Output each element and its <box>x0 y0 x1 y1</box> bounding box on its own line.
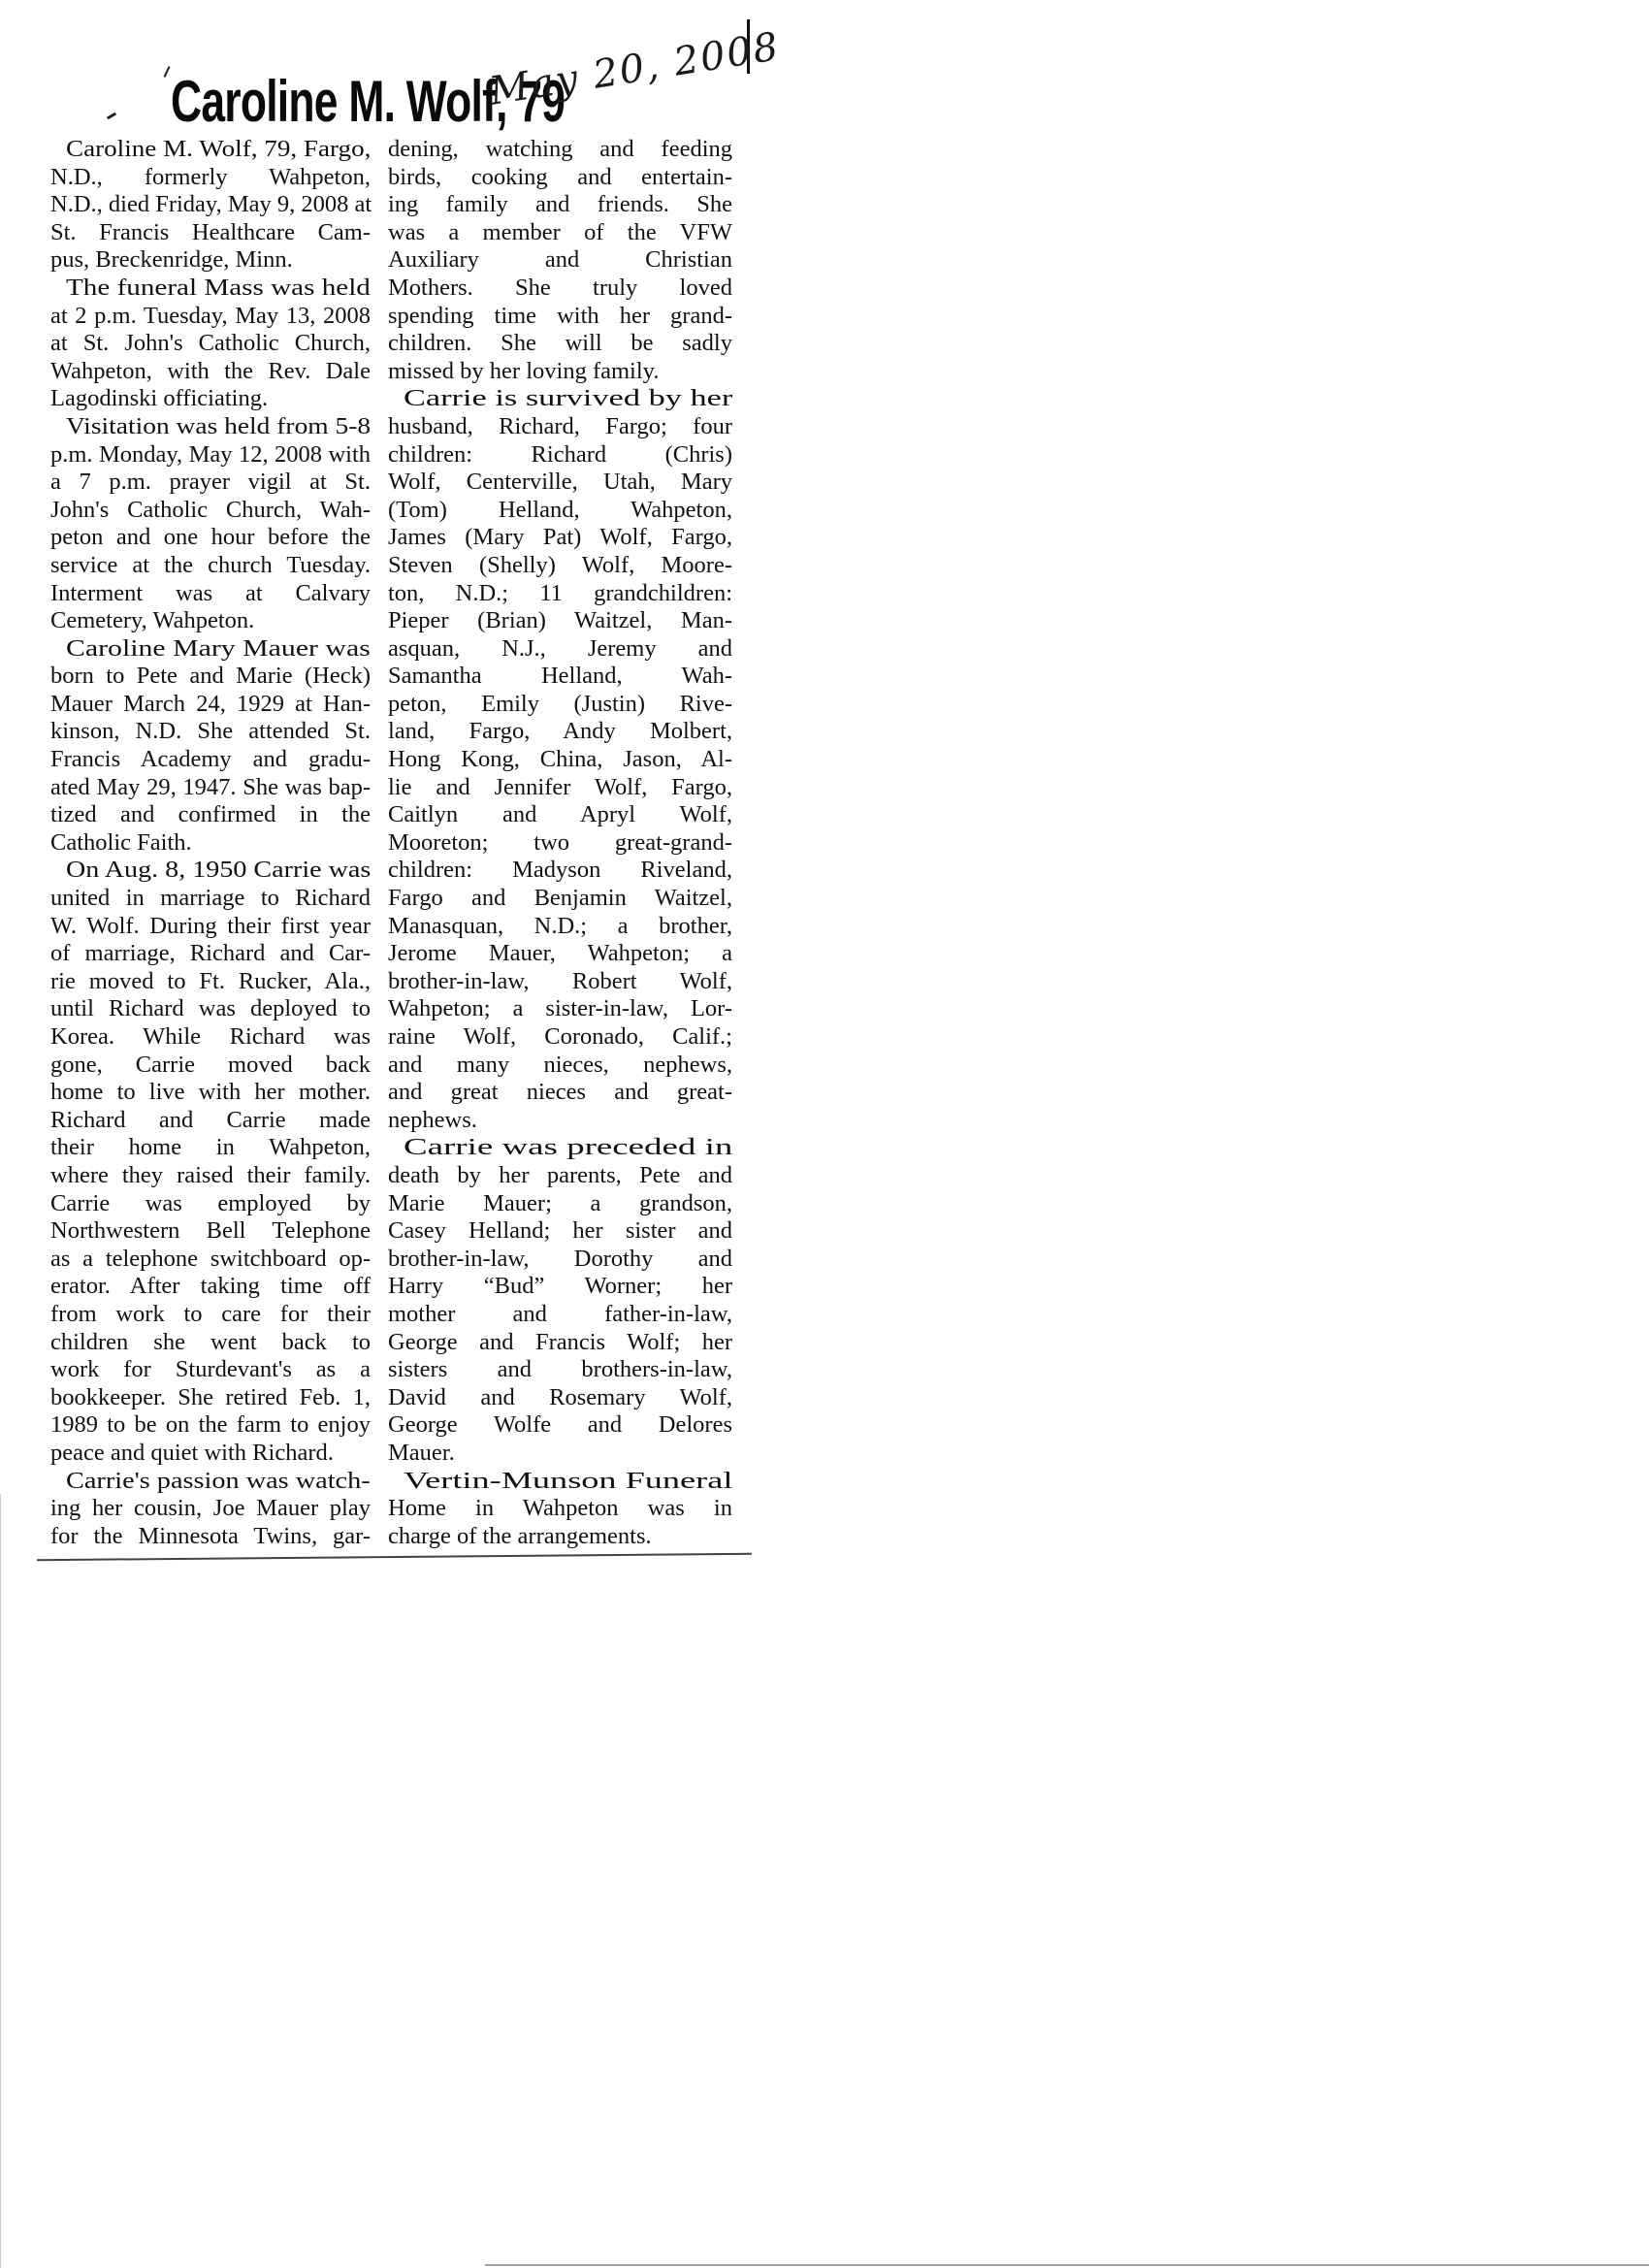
text-column-left: Caroline M. Wolf, 79, Fargo,N.D., former… <box>50 136 371 1550</box>
text-line: sisters and brothers-in-law, <box>388 1356 732 1384</box>
text-line: until Richard was deployed to <box>50 995 371 1023</box>
text-line: Pieper (Brian) Waitzel, Man- <box>388 607 732 635</box>
text-line: spending time with her grand- <box>388 303 732 331</box>
text-line: work for Sturdevant's as a <box>50 1356 371 1384</box>
text-line: Wahpeton, with the Rev. Dale <box>50 358 371 386</box>
text-line: John's Catholic Church, Wah- <box>50 497 371 525</box>
text-line: raine Wolf, Coronado, Calif.; <box>388 1023 732 1052</box>
text-line: and great nieces and great- <box>388 1079 732 1107</box>
text-line: home to live with her mother. <box>50 1079 371 1107</box>
text-line: tized and confirmed in the <box>50 801 371 829</box>
text-line: 1989 to be on the farm to enjoy <box>50 1411 371 1440</box>
text-line: Visitation was held from 5-8 <box>50 413 371 441</box>
text-line: (Tom) Helland, Wahpeton, <box>388 497 732 525</box>
text-line: as a telephone switchboard op- <box>50 1246 371 1274</box>
text-line: Steven (Shelly) Wolf, Moore- <box>388 552 732 580</box>
stray-pen-mark <box>107 113 116 120</box>
text-line: children. She will be sadly <box>388 330 732 358</box>
text-line: lie and Jennifer Wolf, Fargo, <box>388 774 732 802</box>
stray-pen-mark <box>164 66 171 78</box>
text-line: peton, Emily (Justin) Rive- <box>388 691 732 719</box>
text-line: asquan, N.J., Jeremy and <box>388 635 732 664</box>
text-line: David and Rosemary Wolf, <box>388 1384 732 1412</box>
text-line: George Wolfe and Delores <box>388 1411 732 1440</box>
text-line: Casey Helland; her sister and <box>388 1217 732 1246</box>
text-line: mother and father-in-law, <box>388 1301 732 1329</box>
text-line: and many nieces, nephews, <box>388 1052 732 1080</box>
text-line: Home in Wahpeton was in <box>388 1495 732 1523</box>
text-line: charge of the arrangements. <box>388 1523 732 1551</box>
text-line: p.m. Monday, May 12, 2008 with <box>50 441 371 470</box>
text-line: children: Richard (Chris) <box>388 441 732 470</box>
text-line: Catholic Faith. <box>50 829 371 858</box>
text-line: children: Madyson Riveland, <box>388 857 732 885</box>
text-line: erator. After taking time off <box>50 1273 371 1301</box>
text-column-right: dening, watching and feedingbirds, cooki… <box>388 136 732 1550</box>
text-line: Samantha Helland, Wah- <box>388 663 732 691</box>
text-line: ing family and friends. She <box>388 191 732 219</box>
text-line: Carrie's passion was watch- <box>50 1468 371 1496</box>
text-line: Carrie is survived by her <box>388 385 732 413</box>
text-line: Vertin-Munson Funeral <box>388 1468 732 1496</box>
text-line: Interment was at Calvary <box>50 580 371 608</box>
text-line: N.D., died Friday, May 9, 2008 at <box>50 191 371 219</box>
text-line: husband, Richard, Fargo; four <box>388 413 732 441</box>
text-line: from work to care for their <box>50 1301 371 1329</box>
text-line: where they raised their family. <box>50 1162 371 1190</box>
text-line: Caroline Mary Mauer was <box>50 635 371 664</box>
text-line: Korea. While Richard was <box>50 1023 371 1052</box>
text-line: Mauer March 24, 1929 at Han- <box>50 691 371 719</box>
text-line: Mothers. She truly loved <box>388 275 732 303</box>
text-line: at 2 p.m. Tuesday, May 13, 2008 <box>50 303 371 331</box>
text-line: for the Minnesota Twins, gar- <box>50 1523 371 1551</box>
text-line: Wahpeton; a sister-in-law, Lor- <box>388 995 732 1023</box>
text-line: George and Francis Wolf; her <box>388 1329 732 1357</box>
text-line: brother-in-law, Dorothy and <box>388 1246 732 1274</box>
text-line: Mooreton; two great-grand- <box>388 829 732 858</box>
text-line: was a member of the VFW <box>388 219 732 247</box>
text-line: born to Pete and Marie (Heck) <box>50 663 371 691</box>
text-line: James (Mary Pat) Wolf, Fargo, <box>388 524 732 552</box>
text-line: N.D., formerly Wahpeton, <box>50 164 371 192</box>
text-line: ing her cousin, Joe Mauer play <box>50 1495 371 1523</box>
text-line: rie moved to Ft. Rucker, Ala., <box>50 968 371 996</box>
text-line: of marriage, Richard and Car- <box>50 940 371 968</box>
text-line: land, Fargo, Andy Molbert, <box>388 718 732 746</box>
text-line: Carrie was employed by <box>50 1190 371 1218</box>
text-line: pus, Breckenridge, Minn. <box>50 246 371 275</box>
text-line: birds, cooking and entertain- <box>388 164 732 192</box>
text-line: gone, Carrie moved back <box>50 1052 371 1080</box>
text-line: Manasquan, N.D.; a brother, <box>388 913 732 941</box>
text-line: Northwestern Bell Telephone <box>50 1217 371 1246</box>
scanned-page: Caroline M. Wolf, 79 May 20, 2008 Caroli… <box>0 0 1649 2268</box>
text-line: Caroline M. Wolf, 79, Fargo, <box>50 136 371 164</box>
text-line: peton and one hour before the <box>50 524 371 552</box>
text-line: On Aug. 8, 1950 Carrie was <box>50 857 371 885</box>
text-line: Harry “Bud” Worner; her <box>388 1273 732 1301</box>
text-line: at St. John's Catholic Church, <box>50 330 371 358</box>
text-line: W. Wolf. During their first year <box>50 913 371 941</box>
text-line: Caitlyn and Apryl Wolf, <box>388 801 732 829</box>
text-line: Carrie was preceded in <box>388 1134 732 1162</box>
text-line: Francis Academy and gradu- <box>50 746 371 774</box>
scan-bottom-edge <box>485 2264 1649 2266</box>
text-line: death by her parents, Pete and <box>388 1162 732 1190</box>
scan-edge-line <box>0 1494 1 2268</box>
handwritten-date: May 20, 2008 <box>486 24 783 114</box>
text-line: Jerome Mauer, Wahpeton; a <box>388 940 732 968</box>
text-line: Cemetery, Wahpeton. <box>50 607 371 635</box>
text-line: Auxiliary and Christian <box>388 246 732 275</box>
text-line: dening, watching and feeding <box>388 136 732 164</box>
text-line: their home in Wahpeton, <box>50 1134 371 1162</box>
text-line: Marie Mauer; a grandson, <box>388 1190 732 1218</box>
text-line: nephews. <box>388 1107 732 1135</box>
text-line: Fargo and Benjamin Waitzel, <box>388 885 732 913</box>
bottom-rule <box>37 1553 752 1561</box>
text-line: service at the church Tuesday. <box>50 552 371 580</box>
text-line: kinson, N.D. She attended St. <box>50 718 371 746</box>
text-line: Lagodinski officiating. <box>50 385 371 413</box>
text-line: a 7 p.m. prayer vigil at St. <box>50 469 371 497</box>
text-line: ated May 29, 1947. She was bap- <box>50 774 371 802</box>
text-line: peace and quiet with Richard. <box>50 1440 371 1468</box>
text-line: Hong Kong, China, Jason, Al- <box>388 746 732 774</box>
text-line: Wolf, Centerville, Utah, Mary <box>388 469 732 497</box>
text-line: Mauer. <box>388 1440 732 1468</box>
text-line: ton, N.D.; 11 grandchildren: <box>388 580 732 608</box>
text-line: The funeral Mass was held <box>50 275 371 303</box>
text-line: bookkeeper. She retired Feb. 1, <box>50 1384 371 1412</box>
text-line: Richard and Carrie made <box>50 1107 371 1135</box>
text-line: brother-in-law, Robert Wolf, <box>388 968 732 996</box>
text-line: missed by her loving family. <box>388 358 732 386</box>
text-line: children she went back to <box>50 1329 371 1357</box>
text-line: St. Francis Healthcare Cam- <box>50 219 371 247</box>
text-line: united in marriage to Richard <box>50 885 371 913</box>
